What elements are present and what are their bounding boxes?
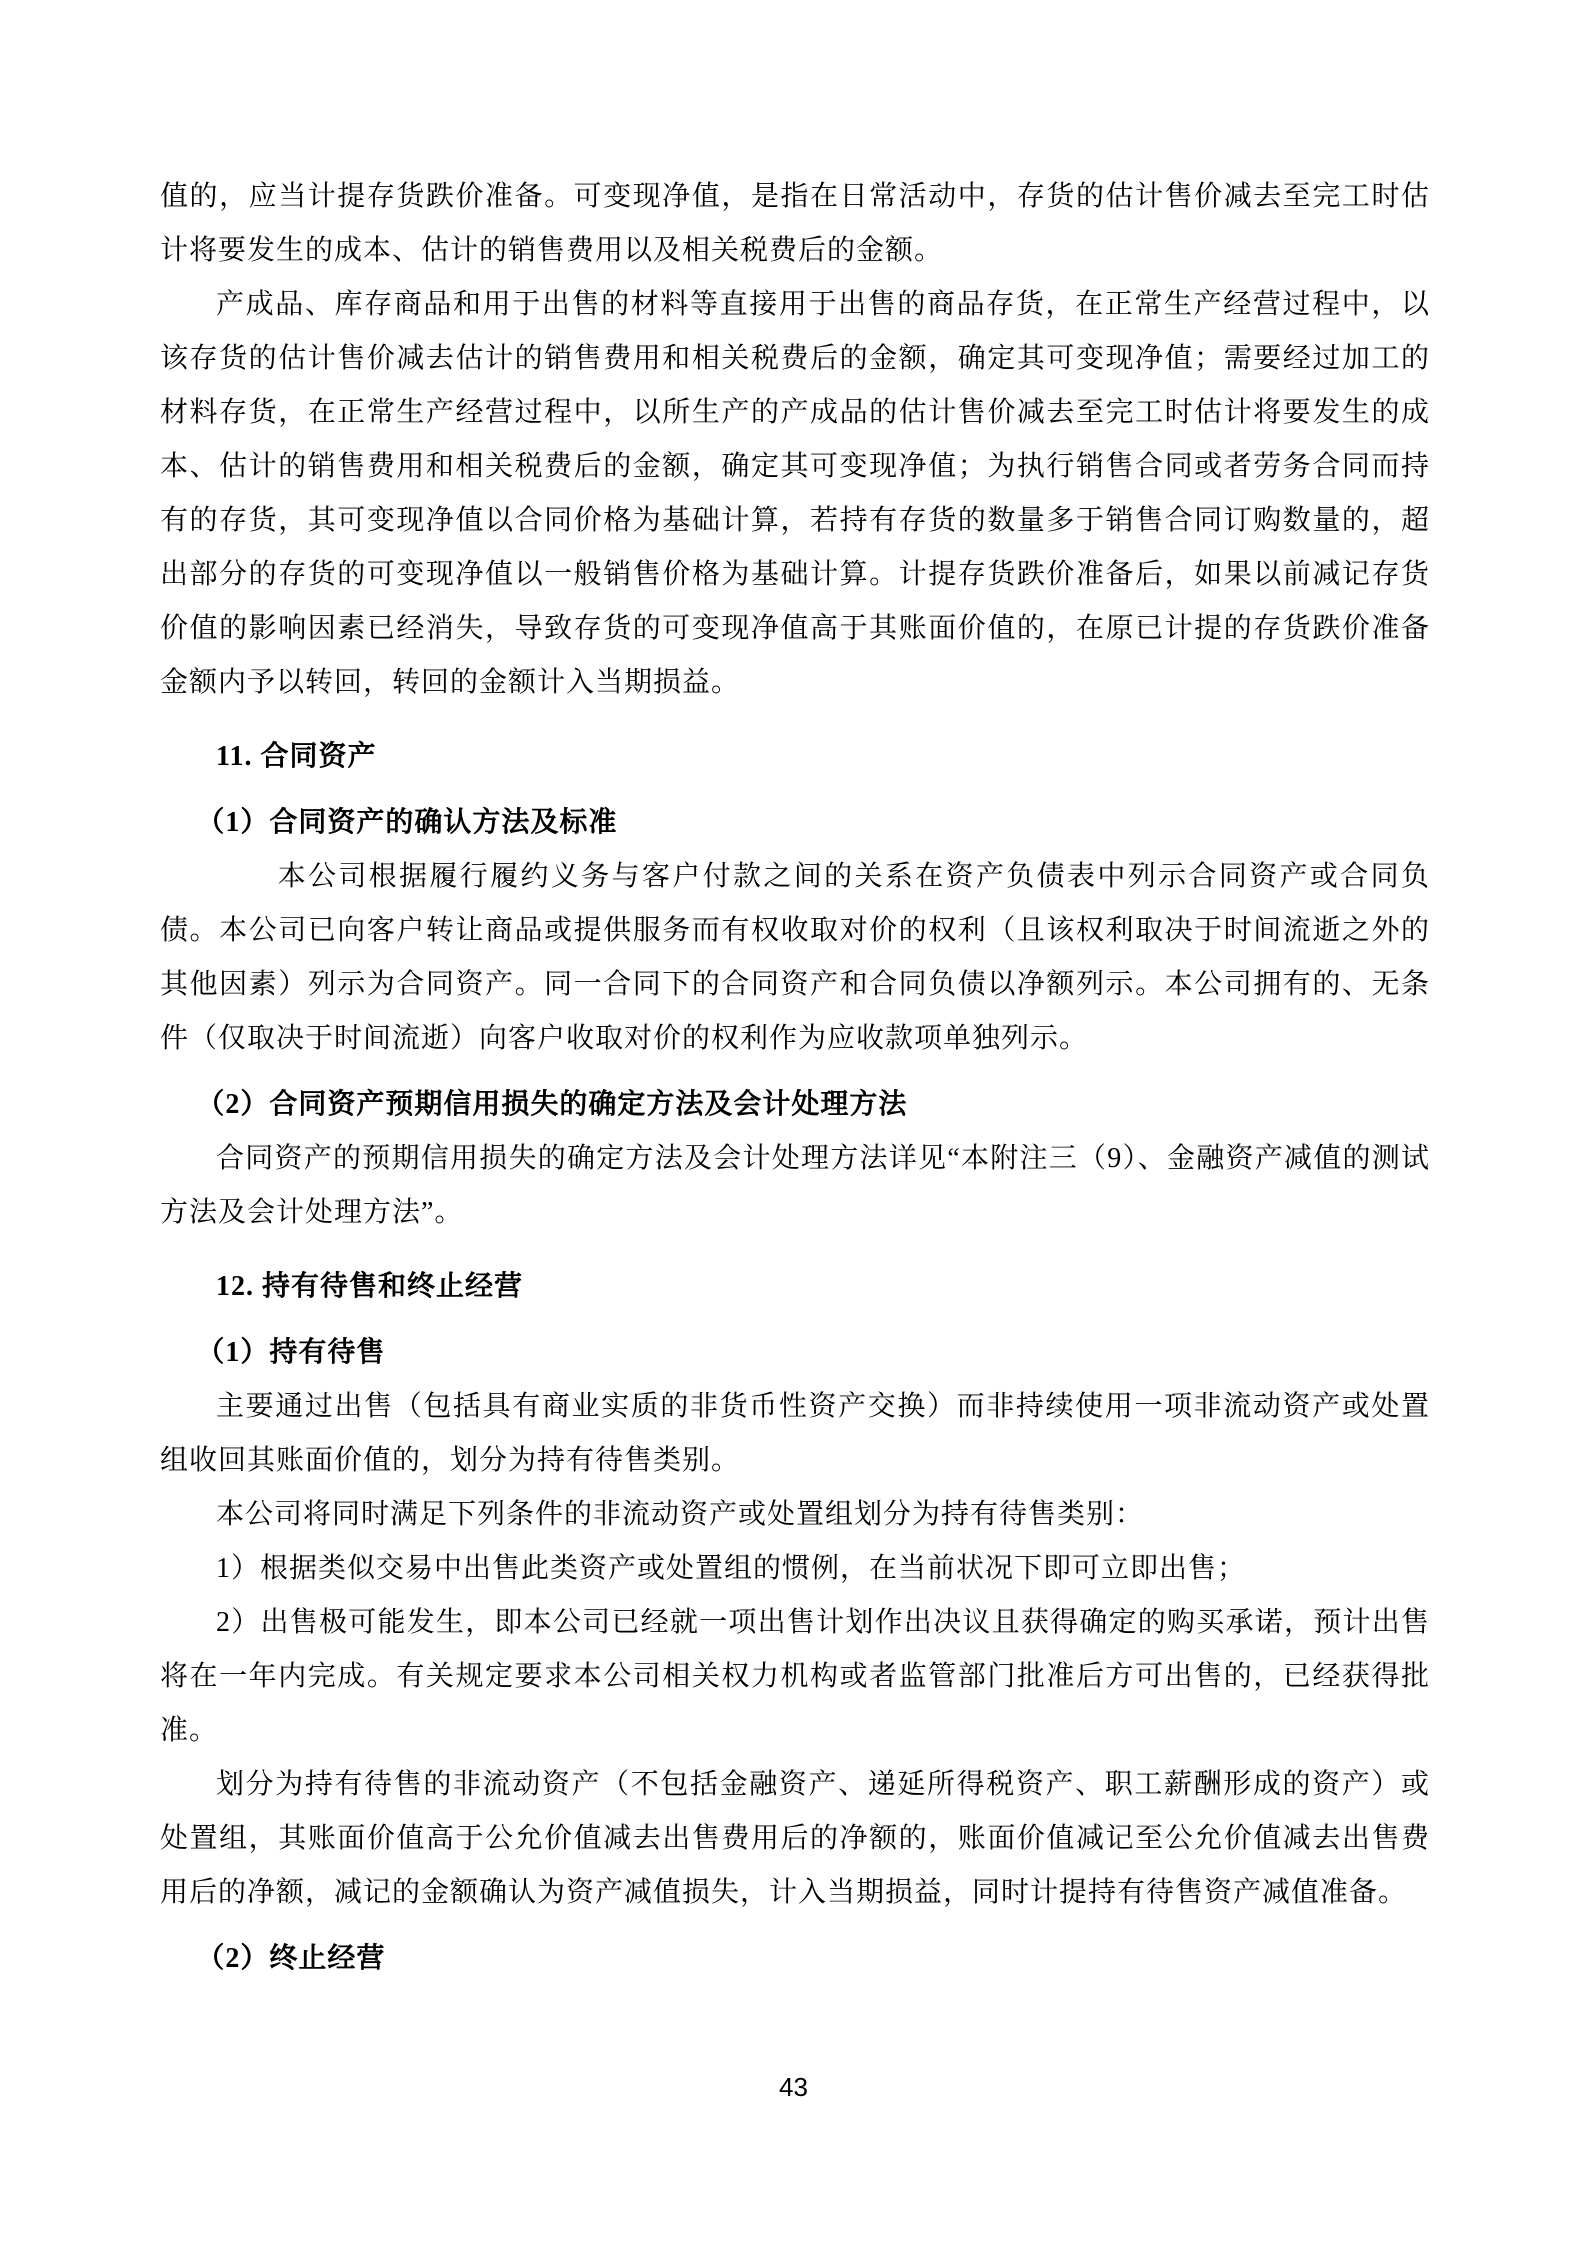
section-heading-12-held-for-sale: 12. 持有待售和终止经营 <box>160 1260 1430 1314</box>
paragraph-contract-asset-recognition: 本公司根据履行履约义务与客户付款之间的关系在资产负债表中列示合同资产或合同负债。… <box>160 850 1430 1066</box>
document-body: 值的，应当计提存货跌价准备。可变现净值，是指在日常活动中，存货的估计售价减去至完… <box>160 170 1430 1986</box>
paragraph-inventory-nrv-continuation: 值的，应当计提存货跌价准备。可变现净值，是指在日常活动中，存货的估计售价减去至完… <box>160 170 1430 278</box>
list-item-condition-1: 1）根据类似交易中出售此类资产或处置组的惯例，在当前状况下即可立即出售； <box>160 1542 1430 1596</box>
page-number: 43 <box>0 2072 1587 2103</box>
paragraph-held-for-sale-conditions-intro: 本公司将同时满足下列条件的非流动资产或处置组划分为持有待售类别： <box>160 1488 1430 1542</box>
subsection-heading-12-1-held-for-sale: （1）持有待售 <box>160 1326 1430 1380</box>
paragraph-held-for-sale-measurement: 划分为持有待售的非流动资产（不包括金融资产、递延所得税资产、职工薪酬形成的资产）… <box>160 1758 1430 1920</box>
paragraph-held-for-sale-definition: 主要通过出售（包括具有商业实质的非货币性资产交换）而非持续使用一项非流动资产或处… <box>160 1380 1430 1488</box>
paragraph-inventory-nrv-detail: 产成品、库存商品和用于出售的材料等直接用于出售的商品存货，在正常生产经营过程中，… <box>160 278 1430 710</box>
subsection-heading-11-1-recognition: （1）合同资产的确认方法及标准 <box>160 796 1430 850</box>
subsection-heading-12-2-discontinued-operations: （2）终止经营 <box>160 1932 1430 1986</box>
document-page: 值的，应当计提存货跌价准备。可变现净值，是指在日常活动中，存货的估计售价减去至完… <box>0 0 1587 2245</box>
paragraph-contract-asset-credit-loss: 合同资产的预期信用损失的确定方法及会计处理方法详见“本附注三（9）、金融资产减值… <box>160 1132 1430 1240</box>
subsection-heading-11-2-expected-credit-loss: （2）合同资产预期信用损失的确定方法及会计处理方法 <box>160 1078 1430 1132</box>
list-item-condition-2: 2）出售极可能发生，即本公司已经就一项出售计划作出决议且获得确定的购买承诺，预计… <box>160 1596 1430 1758</box>
section-heading-11-contract-assets: 11. 合同资产 <box>160 730 1430 784</box>
